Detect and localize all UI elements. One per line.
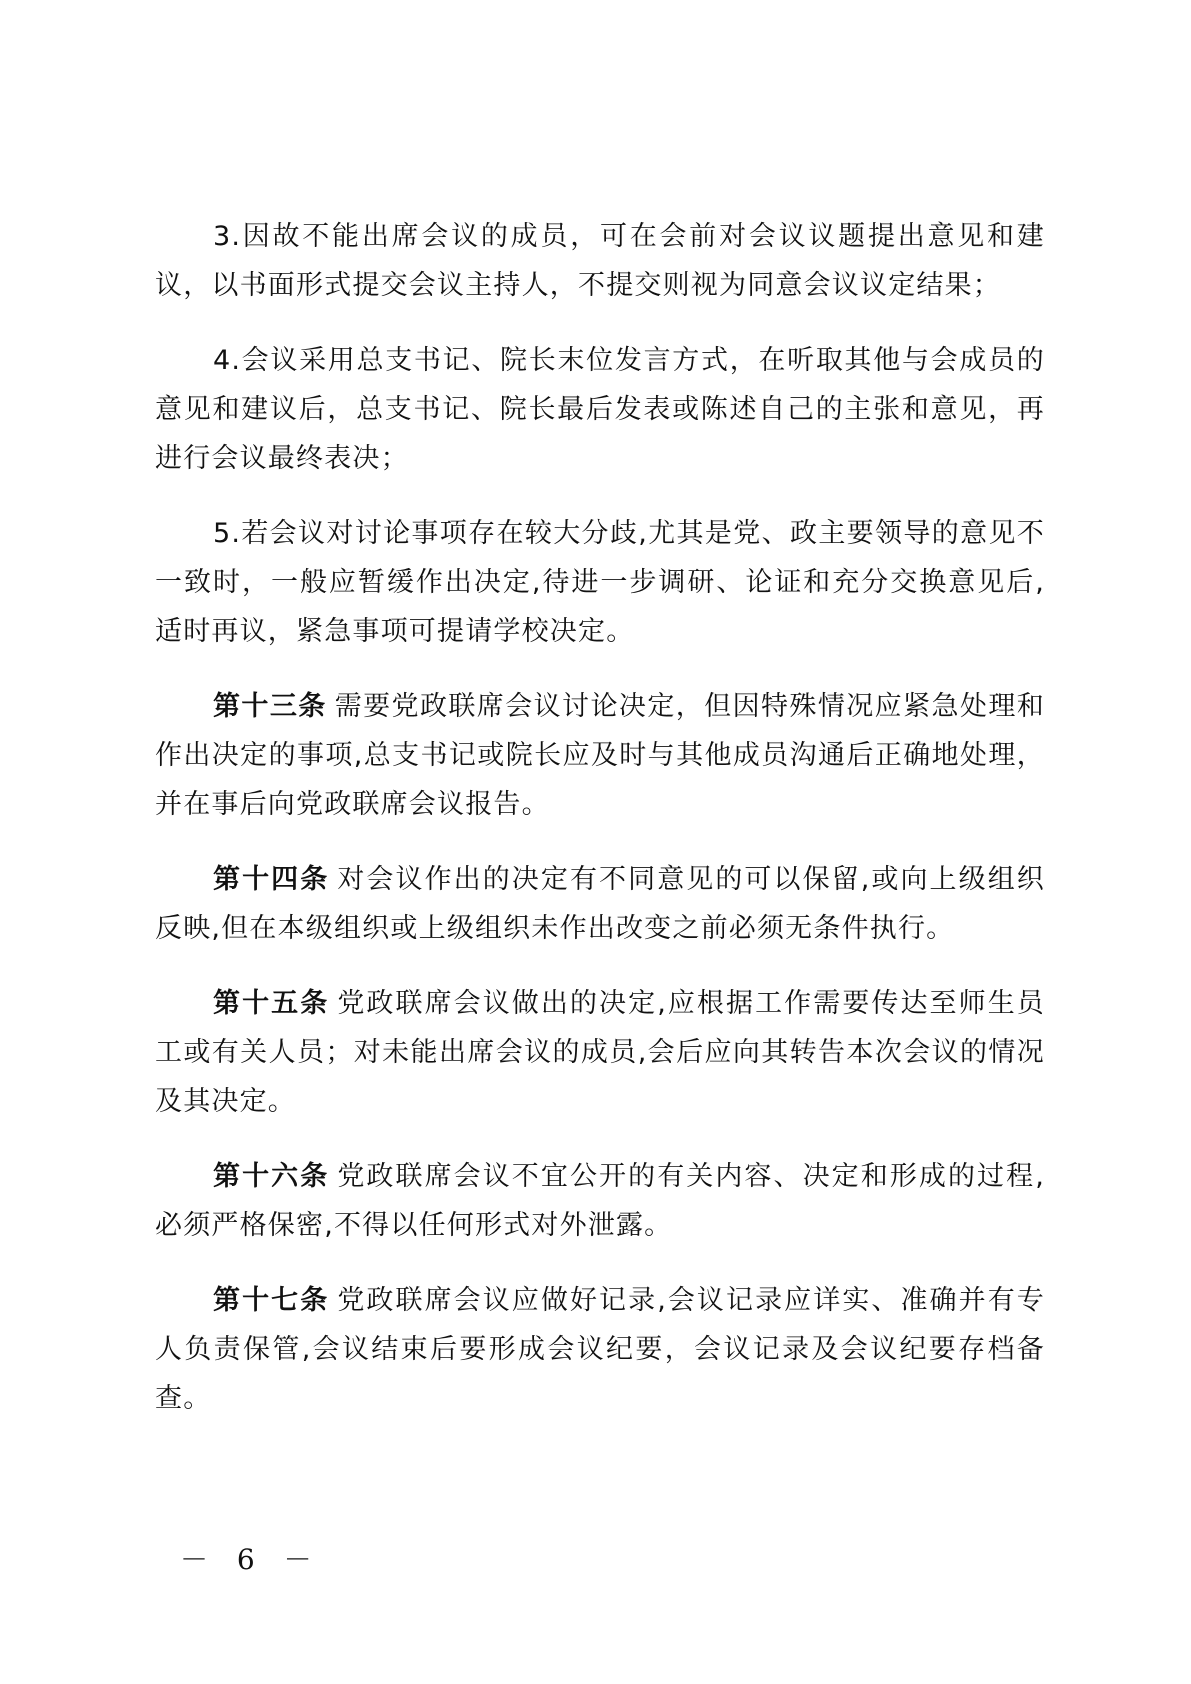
paragraph-text: 3.因故不能出席会议的成员，可在会前对会议议题提出意见和建议，以书面形式提交会议… <box>155 221 1045 301</box>
article-heading: 第十七条 <box>213 1285 329 1316</box>
article-heading: 第十五条 <box>213 988 329 1019</box>
article-heading: 第十四条 <box>213 864 329 895</box>
clause-item-5: 5.若会议对讨论事项存在较大分歧,尤其是党、政主要领导的意见不一致时，一般应暂缓… <box>155 509 1045 656</box>
paragraph-text: 4.会议采用总支书记、院长末位发言方式，在听取其他与会成员的意见和建议后，总支书… <box>155 345 1045 474</box>
document-body: 3.因故不能出席会议的成员，可在会前对会议议题提出意见和建议，以书面形式提交会议… <box>155 212 1045 1449</box>
article-16: 第十六条党政联席会议不宜公开的有关内容、决定和形成的过程,必须严格保密,不得以任… <box>155 1152 1045 1250</box>
page-number: － 6 － <box>180 1538 322 1578</box>
article-13: 第十三条需要党政联席会议讨论决定，但因特殊情况应紧急处理和作出决定的事项,总支书… <box>155 682 1045 829</box>
article-14: 第十四条对会议作出的决定有不同意见的可以保留,或向上级组织反映,但在本级组织或上… <box>155 855 1045 953</box>
clause-item-4: 4.会议采用总支书记、院长末位发言方式，在听取其他与会成员的意见和建议后，总支书… <box>155 336 1045 483</box>
paragraph-text: 5.若会议对讨论事项存在较大分歧,尤其是党、政主要领导的意见不一致时，一般应暂缓… <box>155 518 1045 647</box>
article-heading: 第十三条 <box>213 691 327 722</box>
article-17: 第十七条党政联席会议应做好记录,会议记录应详实、准确并有专人负责保管,会议结束后… <box>155 1276 1045 1423</box>
article-heading: 第十六条 <box>213 1161 329 1192</box>
article-15: 第十五条党政联席会议做出的决定,应根据工作需要传达至师生员工或有关人员；对未能出… <box>155 979 1045 1126</box>
clause-item-3: 3.因故不能出席会议的成员，可在会前对会议议题提出意见和建议，以书面形式提交会议… <box>155 212 1045 310</box>
